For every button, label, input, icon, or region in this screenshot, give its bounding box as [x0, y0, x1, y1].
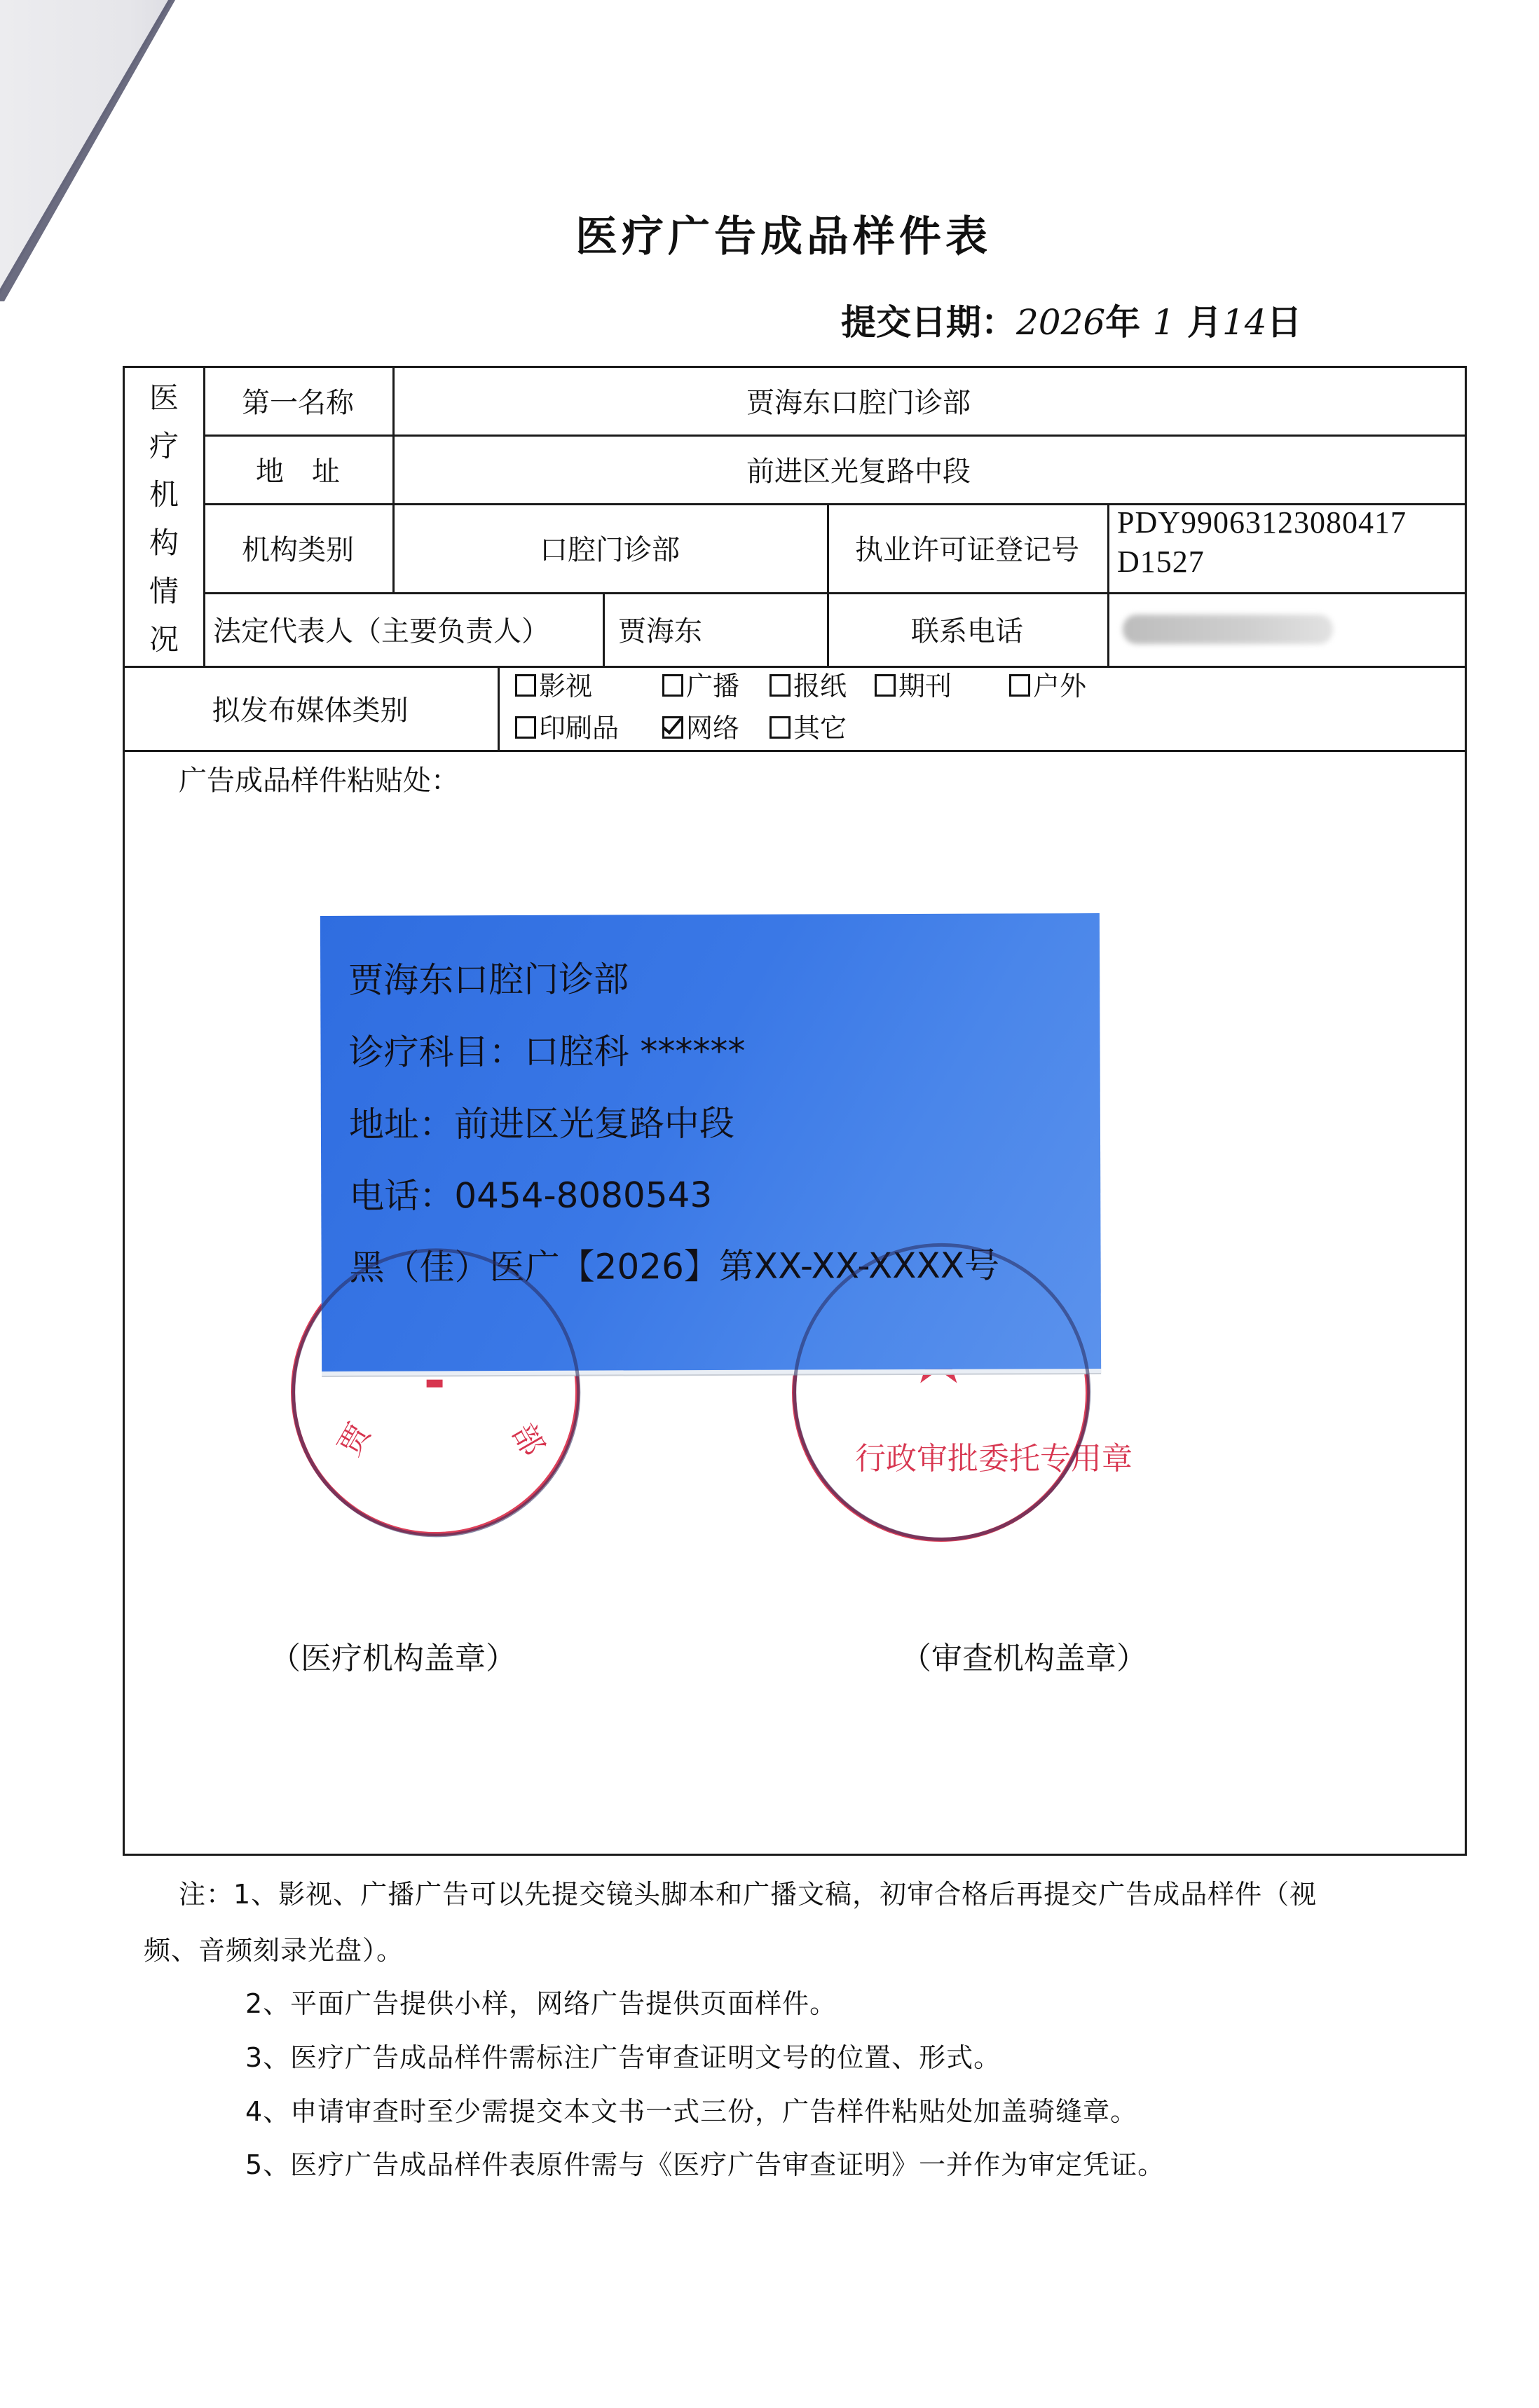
- media-option-label: 报纸: [793, 671, 847, 702]
- media-option-film[interactable]: 影视: [515, 664, 592, 703]
- checkbox-checked[interactable]: [662, 716, 683, 739]
- col-divider: [498, 666, 500, 750]
- institution-seal-overlay: [292, 1248, 581, 1538]
- category-value: 口腔门诊部: [392, 503, 827, 592]
- note-2: 2、平面广告提供小样，网络广告提供页面样件。: [245, 1982, 837, 2020]
- submit-date: 提交日期：2026年 1 月14日: [841, 294, 1302, 345]
- media-option-periodical[interactable]: 期刊: [875, 664, 952, 703]
- media-option-label: 印刷品: [539, 713, 619, 744]
- section-char: 机: [149, 472, 179, 514]
- section-char: 构: [149, 520, 179, 562]
- section-char: 疗: [149, 423, 179, 465]
- media-option-label: 影视: [539, 671, 592, 702]
- phone-value-redacted: [1107, 592, 1465, 666]
- row-divider: [123, 750, 1467, 752]
- license-value: PDY99063123080417 D1527: [1107, 503, 1465, 592]
- media-option-label: 网络: [686, 713, 739, 744]
- reviewer-seal-overlay: [793, 1243, 1091, 1541]
- media-option-newspaper[interactable]: 报纸: [769, 664, 847, 703]
- license-line-2: D1527: [1117, 542, 1205, 582]
- section-char: 况: [149, 617, 179, 659]
- ad-department: 诊疗科目：口腔科 ******: [348, 1023, 745, 1075]
- ad-clinic-name: 贾海东口腔门诊部: [348, 951, 629, 1002]
- media-option-outdoor[interactable]: 户外: [1009, 664, 1086, 703]
- checkbox[interactable]: [515, 674, 536, 697]
- media-label: 拟发布媒体类别: [123, 666, 498, 750]
- checkbox[interactable]: [662, 674, 683, 697]
- checkbox[interactable]: [769, 674, 791, 697]
- checkbox[interactable]: [1009, 674, 1030, 697]
- ad-phone: 电话：0454-8080543: [349, 1167, 712, 1219]
- institution-section-label: 医 疗 机 构 情 况: [125, 371, 203, 662]
- sample-paste-label: 广告成品样件粘贴处：: [179, 758, 459, 798]
- address-label: 地 址: [203, 435, 392, 503]
- checkbox[interactable]: [769, 716, 791, 739]
- submit-date-year: 2026: [1016, 302, 1105, 343]
- license-label: 执业许可证登记号: [827, 503, 1107, 592]
- note-1-cont: 频、音频刻录光盘）。: [144, 1929, 404, 1967]
- media-option-print[interactable]: 印刷品: [515, 706, 619, 745]
- institution-seal-caption: （医疗机构盖章）: [270, 1633, 517, 1678]
- name-value: 贾海东口腔门诊部: [392, 366, 1465, 435]
- submit-date-day: 14: [1222, 302, 1267, 343]
- redaction-blur: [1123, 615, 1333, 644]
- note-4: 4、申请审查时至少需提交本文书一式三份，广告样件粘贴处加盖骑缝章。: [245, 2090, 1137, 2128]
- submit-date-year-unit: 年: [1105, 302, 1140, 343]
- section-char: 情: [149, 568, 179, 610]
- ad-sample: 贾海东口腔门诊部 诊疗科目：口腔科 ****** 地址：前进区光复路中段 电话：…: [320, 913, 1101, 1371]
- address-value: 前进区光复路中段: [392, 435, 1465, 503]
- media-option-label: 广播: [686, 671, 739, 702]
- media-option-radio[interactable]: 广播: [662, 664, 739, 703]
- submit-date-label: 提交日期：: [841, 302, 1016, 343]
- media-option-internet[interactable]: 网络: [662, 706, 739, 745]
- ad-address: 地址：前进区光复路中段: [349, 1095, 734, 1147]
- submit-date-month-unit: 月: [1187, 302, 1222, 343]
- media-option-label: 户外: [1033, 671, 1086, 702]
- media-option-label: 其它: [793, 713, 847, 744]
- phone-label: 联系电话: [827, 592, 1107, 666]
- document-title: 医疗广告成品样件表: [0, 203, 1539, 264]
- legal-rep-value: 贾海东: [603, 592, 827, 666]
- name-label: 第一名称: [203, 366, 392, 435]
- section-char: 医: [149, 375, 179, 417]
- note-3: 3、医疗广告成品样件需标注广告审查证明文号的位置、形式。: [245, 2036, 1001, 2074]
- checkbox[interactable]: [875, 674, 896, 697]
- checkbox[interactable]: [515, 716, 536, 739]
- reviewer-seal-caption: （审查机构盖章）: [901, 1633, 1147, 1678]
- legal-rep-label: 法定代表人（主要负责人）: [203, 592, 603, 666]
- note-1: 注：1、影视、广播广告可以先提交镜头脚本和广播文稿，初审合格后再提交广告成品样件…: [179, 1873, 1317, 1911]
- category-label: 机构类别: [203, 503, 392, 592]
- media-option-label: 期刊: [898, 671, 952, 702]
- submit-date-month: 1: [1153, 302, 1175, 343]
- media-option-other[interactable]: 其它: [769, 706, 847, 745]
- license-line-1: PDY99063123080417: [1117, 503, 1407, 542]
- note-5: 5、医疗广告成品样件表原件需与《医疗广告审查证明》一并作为审定凭证。: [245, 2143, 1165, 2182]
- submit-date-day-unit: 日: [1267, 302, 1302, 343]
